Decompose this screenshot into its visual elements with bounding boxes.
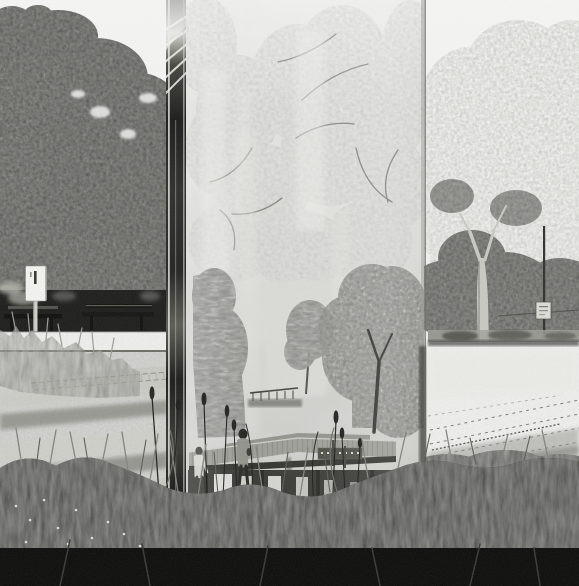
photo	[0, 0, 579, 586]
photo-canvas	[0, 0, 579, 586]
film-grain-overlay	[0, 0, 579, 586]
